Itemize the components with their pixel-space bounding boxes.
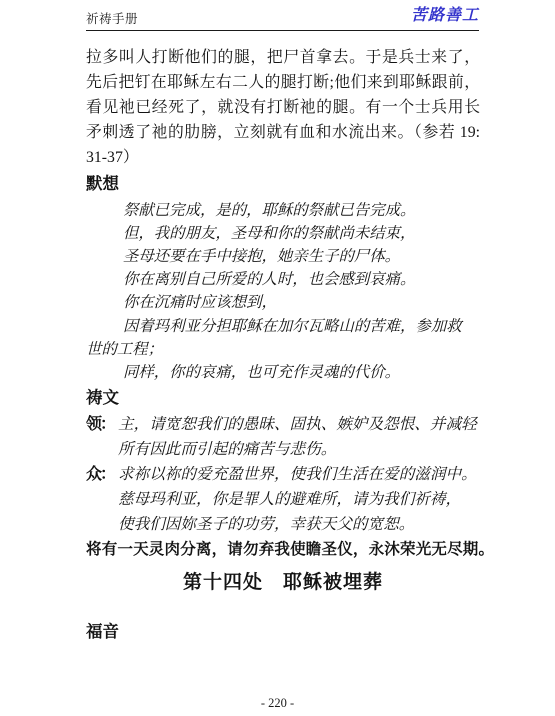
- gospel-line: 矛刺透了祂的肋膀，立刻就有血和水流出来。（参若 19:: [86, 120, 480, 145]
- gospel-line: 拉多叫人打断他们的腿，把尸首拿去。于是兵士来了，: [86, 45, 480, 70]
- meditation-body: 祭献已完成，是的，耶稣的祭献已告完成。但，我的朋友，圣母和你的祭献尚未结束，圣母…: [86, 199, 480, 385]
- station-title: 第十四处 耶稣被埋葬: [86, 568, 480, 598]
- prayer-response-line: 求祢以祢的爱充盈世界，使我们生活在爱的滋润中。: [118, 462, 480, 487]
- gospel-line: 看见祂已经死了，就没有打断祂的腿。有一个士兵用长: [86, 95, 480, 120]
- meditation-line: 你在沉痛时应该想到，: [86, 291, 480, 314]
- prayer-lead-label: 领：: [86, 412, 118, 437]
- header-left-title: 祈祷手册: [86, 10, 138, 28]
- prayer-response-row: 众： 求祢以祢的爱充盈世界，使我们生活在爱的滋润中。慈母玛利亚，你是罪人的避难所…: [86, 462, 480, 537]
- meditation-heading: 默想: [86, 172, 480, 197]
- gospel-line: 先后把钉在耶稣左右二人的腿打断;他们来到耶稣跟前，: [86, 70, 480, 95]
- prayer-response-line: 慈母玛利亚，你是罪人的避难所，请为我们祈祷，: [118, 487, 480, 512]
- meditation-line: 圣母还要在手中接抱，她亲生子的尸体。: [86, 245, 480, 268]
- header-right-title: 苦路善工: [411, 7, 479, 25]
- prayer-heading: 祷文: [86, 386, 480, 411]
- page-number: - 220 -: [0, 695, 555, 711]
- page-content: 拉多叫人打断他们的腿，把尸首拿去。于是兵士来了，先后把钉在耶稣左右二人的腿打断;…: [86, 45, 480, 645]
- prayer-lead-line: 主，请宽恕我们的愚昧、固执、嫉妒及怨恨、并减轻: [118, 412, 480, 437]
- prayer-response-label: 众：: [86, 462, 118, 487]
- page-header: 祈祷手册 苦路善工: [86, 10, 479, 31]
- meditation-line: 世的工程；: [86, 338, 480, 361]
- meditation-line: 因着玛利亚分担耶稣在加尔瓦略山的苦难，参加救: [86, 315, 480, 338]
- prayer-response-line: 使我们因妳圣子的功劳，幸获天父的宽恕。: [118, 512, 480, 537]
- document-page: 祈祷手册 苦路善工 拉多叫人打断他们的腿，把尸首拿去。于是兵士来了，先后把钉在耶…: [0, 0, 555, 716]
- meditation-line: 同样，你的哀痛，也可充作灵魂的代价。: [86, 361, 480, 384]
- meditation-line: 但，我的朋友，圣母和你的祭献尚未结束，: [86, 222, 480, 245]
- prayer-lead-line: 所有因此而引起的痛苦与悲伤。: [118, 437, 480, 462]
- meditation-line: 你在离别自己所爱的人时，也会感到哀痛。: [86, 268, 480, 291]
- gospel-section-heading: 福音: [86, 620, 480, 645]
- prayer-lead-text: 主，请宽恕我们的愚昧、固执、嫉妒及怨恨、并减轻所有因此而引起的痛苦与悲伤。: [118, 412, 480, 462]
- prayer-response-text: 求祢以祢的爱充盈世界，使我们生活在爱的滋润中。慈母玛利亚，你是罪人的避难所，请为…: [118, 462, 480, 537]
- dedication-line: 将有一天灵肉分离，请勿弃我使瞻圣仪，永沐荣光无尽期。: [86, 538, 480, 562]
- prayer-lead-row: 领： 主，请宽恕我们的愚昧、固执、嫉妒及怨恨、并减轻所有因此而引起的痛苦与悲伤。: [86, 412, 480, 462]
- gospel-line: 31-37）: [86, 145, 480, 170]
- gospel-paragraph: 拉多叫人打断他们的腿，把尸首拿去。于是兵士来了，先后把钉在耶稣左右二人的腿打断;…: [86, 45, 480, 170]
- meditation-line: 祭献已完成，是的，耶稣的祭献已告完成。: [86, 199, 480, 222]
